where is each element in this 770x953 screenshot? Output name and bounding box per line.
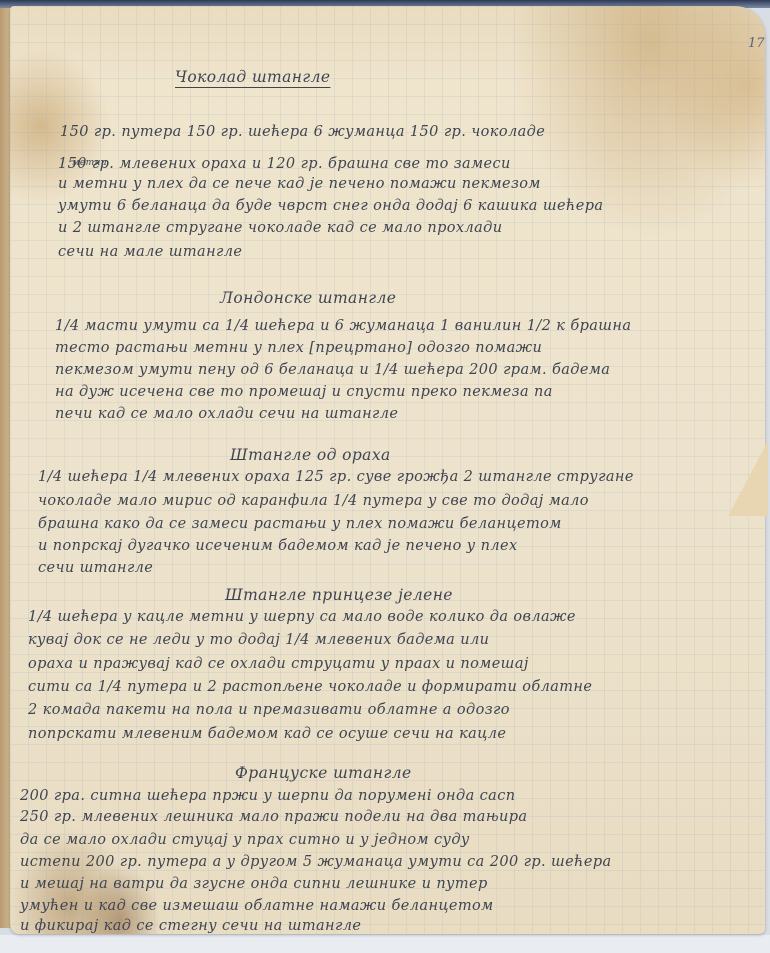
recipe-line: сечи штангле <box>38 560 153 576</box>
recipe-line: брашна како да се замеси растањи у плех … <box>38 516 562 532</box>
recipe-line: 1/4 масти умути са 1/4 шећера и 6 жумана… <box>55 318 631 334</box>
recipe-line: и фикирај кад се стегну сечи на штангле <box>20 918 361 934</box>
recipe-title-french-sticks: Француске штангле <box>235 764 412 782</box>
page-number: 17 <box>748 36 765 51</box>
recipe-line: да се мало охлади стуцај у прах ситно и … <box>20 832 470 848</box>
recipe-line: 250 гр. млевених лешника мало пражи поде… <box>20 809 527 825</box>
recipe-line: истепи 200 гр. путера а у другом 5 жуман… <box>20 854 612 870</box>
recipe-line: 200 гра. ситна шећера пржи у шерпи да по… <box>20 788 515 804</box>
recipe-title-london-sticks: Лондонске штангле <box>220 289 396 307</box>
recipe-line: на дуж исечена све то промешај и спусти … <box>55 384 553 400</box>
recipe-line: печи кад се мало охлади сечи на штангле <box>55 406 398 422</box>
recipe-line: и метни у плех да се пече кад је печено … <box>58 176 541 192</box>
recipe-line: 150 гр. путера 150 гр. шећера 6 жуманца … <box>60 124 545 140</box>
recipe-line: тесто растањи метни у плех [прецртано] о… <box>55 340 542 356</box>
recipe-line: кувај док се не леди у то додај 1/4 млев… <box>28 632 489 648</box>
recipe-title-chocolate-sticks: Чоколад штангле <box>175 68 330 86</box>
scan-bottom-edge <box>0 935 770 953</box>
recipe-line: 1/4 шећера у кацле метни у шерпу са мало… <box>28 609 576 625</box>
recipe-line: и попрскај дугачко исеченим бадемом кад … <box>38 538 518 554</box>
notebook-page: 17 Чоколад штангле 150 гр. путера 150 гр… <box>10 6 765 934</box>
recipe-title-princess-jelena-sticks: Штангле принцезе јелене <box>225 586 453 604</box>
recipe-line: умути 6 беланаца да буде чврст снег онда… <box>58 198 603 214</box>
recipe-line: 150 гр. млевених ораха и 120 гр. брашна … <box>58 156 511 172</box>
recipe-title-walnut-sticks: Штангле од ораха <box>230 446 391 464</box>
recipe-line: чоколаде мало мирис од каранфила 1/4 пут… <box>38 493 589 509</box>
recipe-line: и мешај на ватри да згусне онда сипни ле… <box>20 876 488 892</box>
recipe-line: 1/4 шећера 1/4 млевених ораха 125 гр. су… <box>38 469 634 485</box>
recipe-line: пекмезом умути пену од 6 беланаца и 1/4 … <box>55 362 610 378</box>
recipe-line: попрскати млевеним бадемом кад се осуше … <box>28 726 506 742</box>
recipe-line: ораха и пражувај кад се охлади струцати … <box>28 656 529 672</box>
recipe-line: сити са 1/4 путера и 2 растопљене чокола… <box>28 679 592 695</box>
recipe-line: сечи на мале штангле <box>58 244 242 260</box>
recipe-line: и 2 штангле стругане чоколаде кад се мал… <box>58 220 502 236</box>
folded-corner <box>728 441 768 516</box>
recipe-line: 2 комада пакети на пола и премазивати об… <box>28 702 510 718</box>
recipe-line: умућен и кад све измешаш облатне намажи … <box>20 898 494 914</box>
